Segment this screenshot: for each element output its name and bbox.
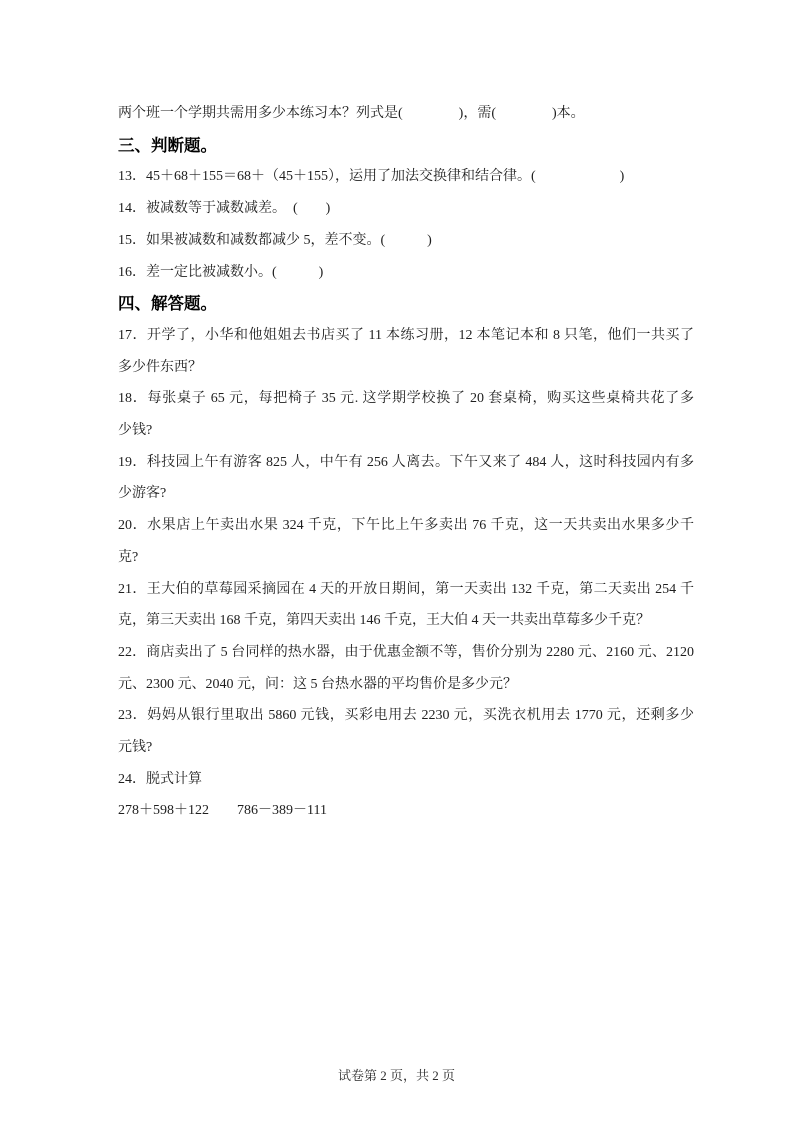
- question-20-line-2: 克?: [118, 542, 694, 574]
- question-24: 24．脱式计算: [118, 764, 694, 796]
- question-19-line-2: 少游客?: [118, 478, 694, 510]
- question-17-line-1: 17．开学了，小华和他姐姐去书店买了 11 本练习册，12 本笔记本和 8 只笔…: [118, 320, 694, 352]
- section-3-heading: 三、判断题。: [118, 130, 694, 162]
- question-14: 14．被减数等于减数减差。 ( ): [118, 193, 694, 225]
- question-23-line-2: 元钱?: [118, 732, 694, 764]
- page-footer: 试卷第 2 页，共 2 页: [0, 1066, 793, 1086]
- question-23-line-1: 23．妈妈从银行里取出 5860 元钱，买彩电用去 2230 元，买洗衣机用去 …: [118, 700, 694, 732]
- question-20-line-1: 20．水果店上午卖出水果 324 千克，下午比上午多卖出 76 千克，这一天共卖…: [118, 510, 694, 542]
- question-15: 15．如果被减数和减数都减少 5，差不变。( ): [118, 225, 694, 257]
- question-17-line-2: 多少件东西？: [118, 352, 694, 384]
- question-24-expressions: 278＋598＋122 786－389－111: [118, 795, 694, 827]
- question-22-line-1: 22．商店卖出了 5 台同样的热水器，由于优惠金额不等，售价分别为 2280 元…: [118, 637, 694, 669]
- exam-paper-page: 两个班一个学期共需用多少本练习本？列式是( )，需( )本。 三、判断题。 13…: [0, 0, 793, 1122]
- question-16: 16．差一定比被减数小。( ): [118, 257, 694, 289]
- section-4-heading: 四、解答题。: [118, 288, 694, 320]
- question-18-line-1: 18．每张桌子 65 元，每把椅子 35 元. 这学期学校换了 20 套桌椅，购…: [118, 383, 694, 415]
- question-21-line-2: 克，第三天卖出 168 千克，第四天卖出 146 千克，王大伯 4 天一共卖出草…: [118, 605, 694, 637]
- question-22-line-2: 元、2300 元、2040 元，问：这 5 台热水器的平均售价是多少元？: [118, 669, 694, 701]
- question-13: 13．45＋68＋155＝68＋（45＋155），运用了加法交换律和结合律。( …: [118, 161, 694, 193]
- question-12-continuation: 两个班一个学期共需用多少本练习本？列式是( )，需( )本。: [118, 98, 694, 130]
- exam-content: 两个班一个学期共需用多少本练习本？列式是( )，需( )本。 三、判断题。 13…: [118, 98, 694, 827]
- question-18-line-2: 少钱?: [118, 415, 694, 447]
- question-19-line-1: 19．科技园上午有游客 825 人，中午有 256 人离去。下午又来了 484 …: [118, 447, 694, 479]
- question-21-line-1: 21．王大伯的草莓园采摘园在 4 天的开放日期间，第一天卖出 132 千克，第二…: [118, 574, 694, 606]
